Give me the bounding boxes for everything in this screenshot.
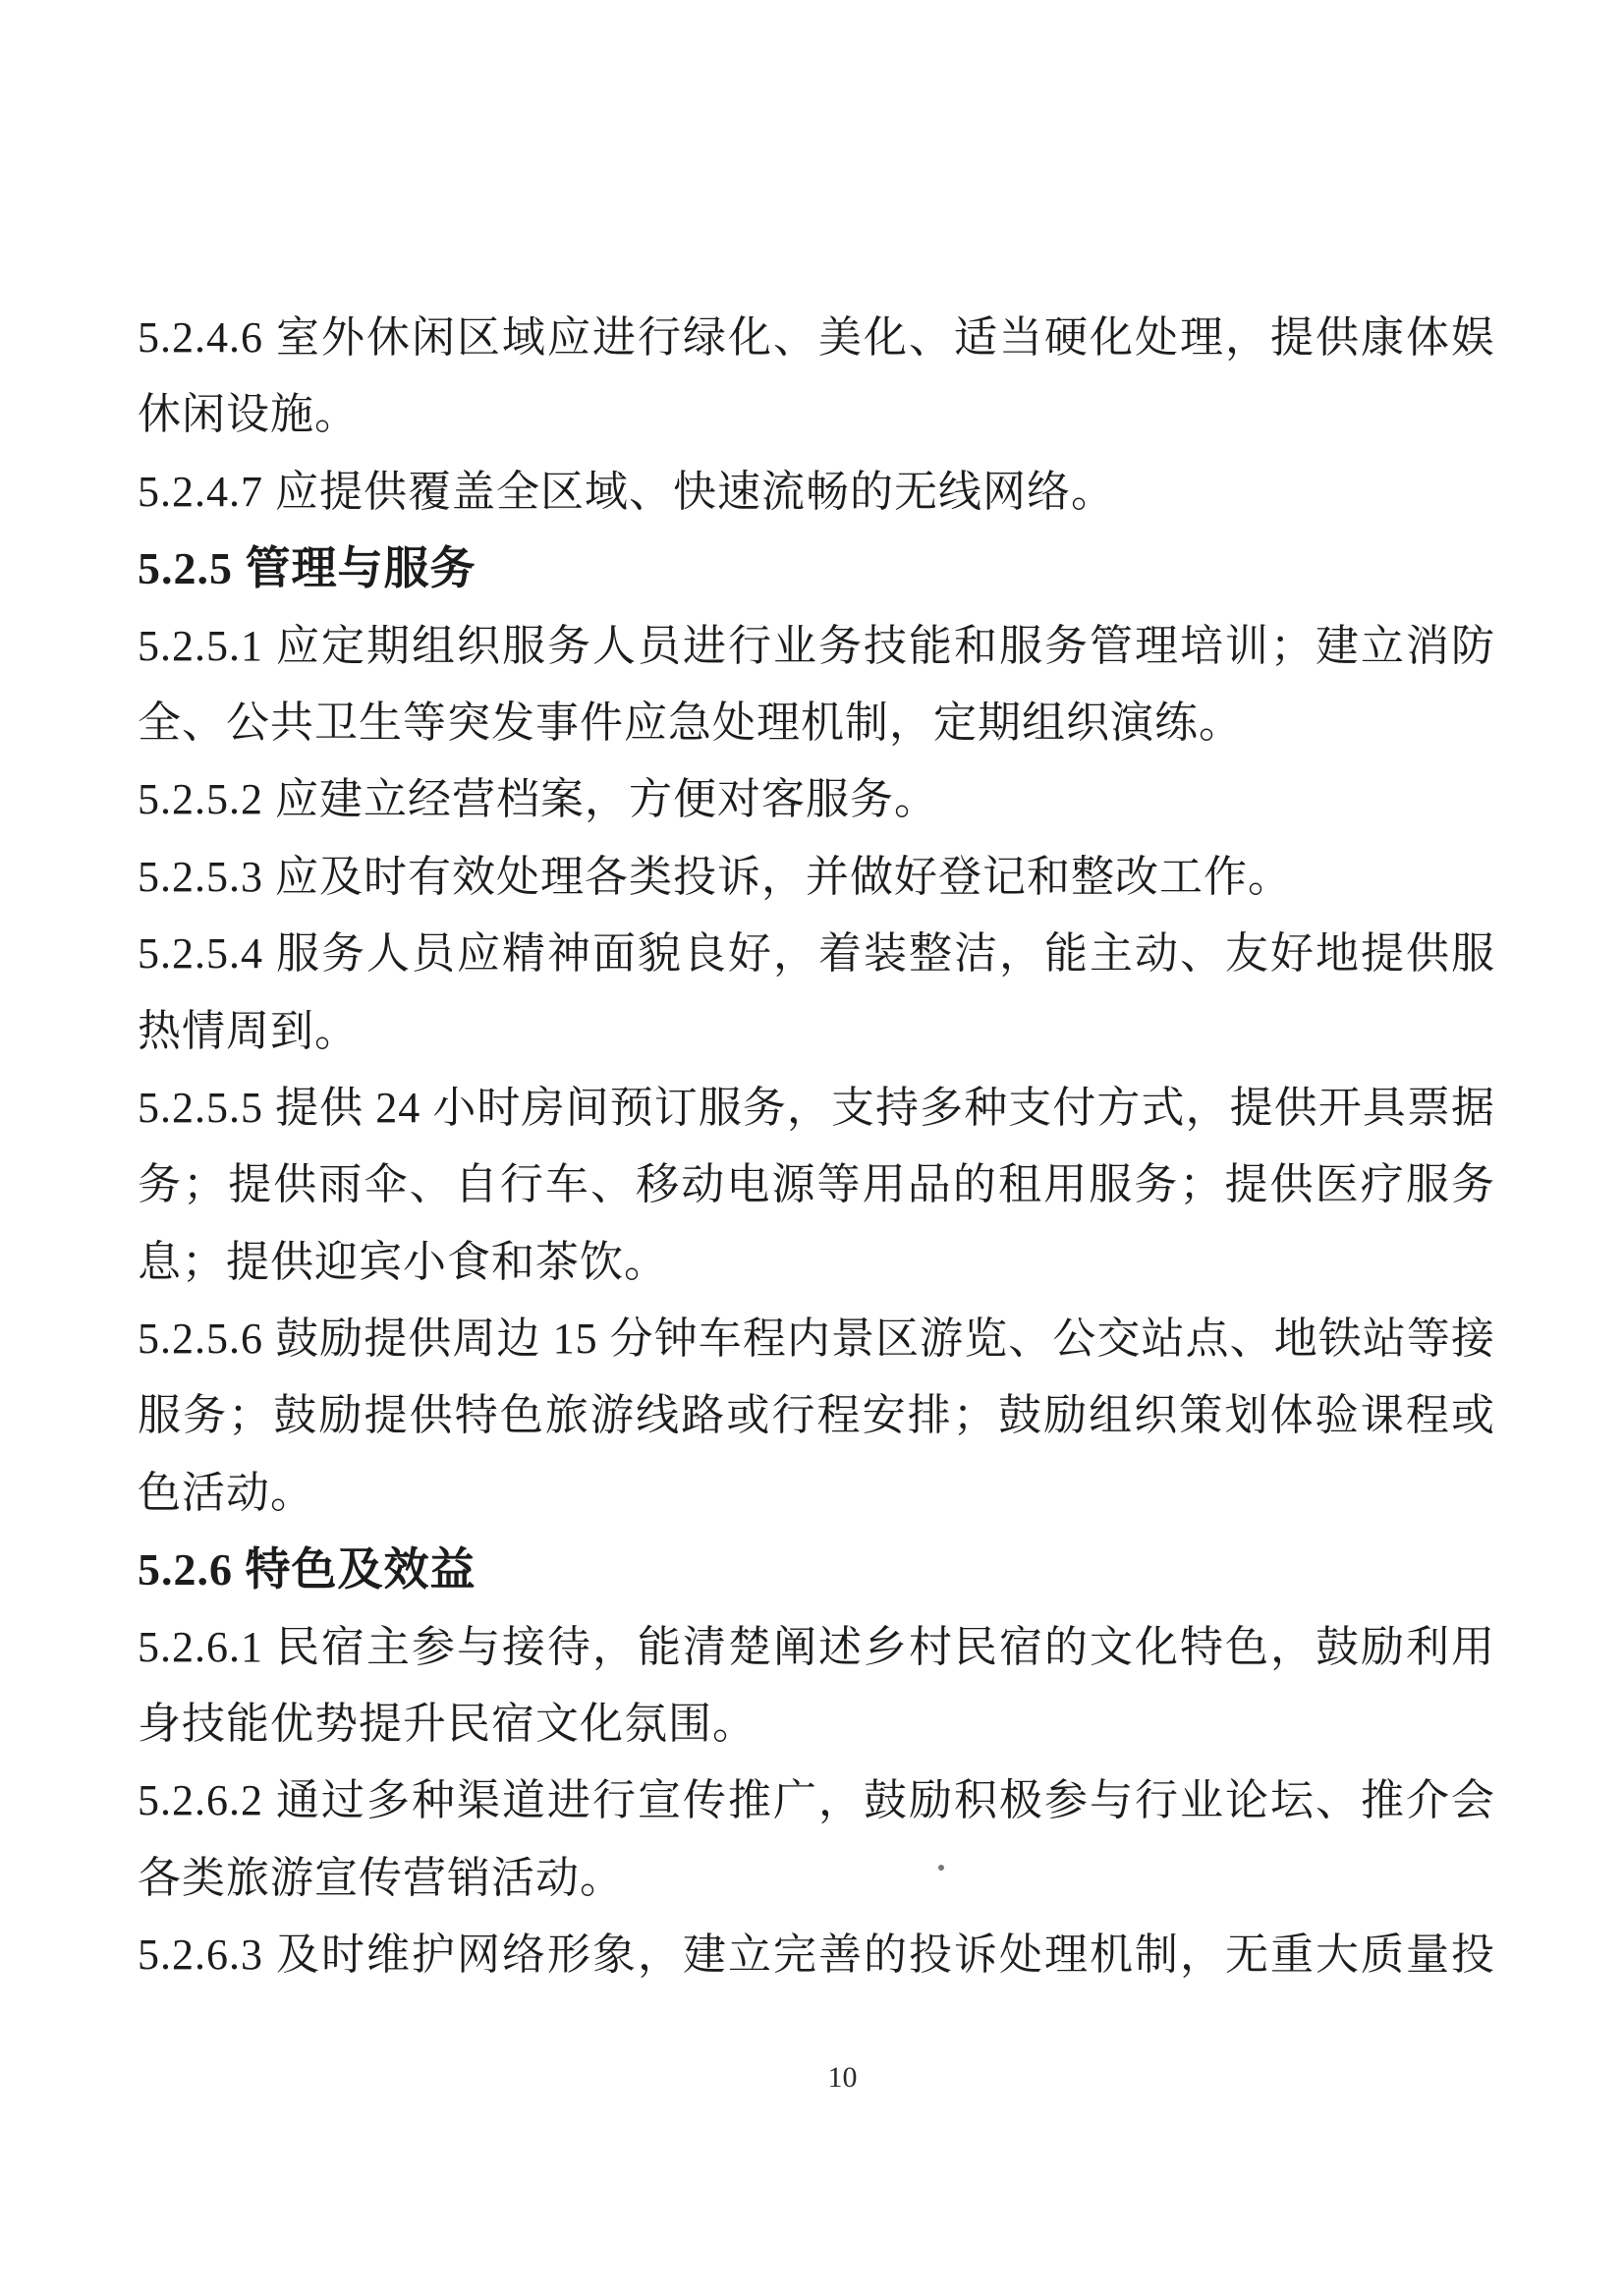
text-line-5261-cont: 身技能优势提升民宿文化氛围。 — [138, 1686, 1495, 1763]
text-line-5254: 5.2.5.4 服务人员应精神面貌良好，着装整洁，能主动、友好地提供服务， — [138, 916, 1495, 992]
scan-artifact-dot — [938, 1865, 944, 1871]
page-number: 10 — [30, 2061, 1624, 2095]
text-line-5256: 5.2.5.6 鼓励提供周边 15 分钟车程内景区游览、公交站点、地铁站等接送 — [138, 1301, 1495, 1377]
text-line-5261: 5.2.6.1 民宿主参与接待，能清楚阐述乡村民宿的文化特色，鼓励利用自 — [138, 1609, 1495, 1686]
text-line-5252: 5.2.5.2 应建立经营档案，方便对客服务。 — [138, 761, 1495, 838]
text-line-5255: 5.2.5.5 提供 24 小时房间预订服务，支持多种支付方式，提供开具票据服 — [138, 1070, 1495, 1147]
text-line-5256-cont2: 色活动。 — [138, 1455, 1495, 1532]
text-line-5263: 5.2.6.3 及时维护网络形象，建立完善的投诉处理机制，无重大质量投诉。 — [138, 1917, 1495, 1993]
text-line-5251: 5.2.5.1 应定期组织服务人员进行业务技能和服务管理培训；建立消防安 — [138, 608, 1495, 685]
section-heading-526: 5.2.6 特色及效益 — [138, 1532, 1495, 1608]
document-content: 5.2.4.6 室外休闲区域应进行绿化、美化、适当硬化处理，提供康体娱乐 休闲设… — [138, 300, 1495, 1994]
section-heading-525: 5.2.5 管理与服务 — [138, 531, 1495, 607]
text-line-5262-cont: 各类旅游宣传营销活动。 — [138, 1840, 1495, 1917]
document-page: 5.2.4.6 室外休闲区域应进行绿化、美化、适当硬化处理，提供康体娱乐 休闲设… — [0, 0, 1624, 2295]
text-line-5254-cont: 热情周到。 — [138, 993, 1495, 1070]
text-line-5256-cont1: 服务；鼓励提供特色旅游线路或行程安排；鼓励组织策划体验课程或特 — [138, 1377, 1495, 1454]
text-line-5255-cont2: 息；提供迎宾小食和茶饮。 — [138, 1224, 1495, 1301]
text-line-5255-cont1: 务；提供雨伞、自行车、移动电源等用品的租用服务；提供医疗服务信 — [138, 1147, 1495, 1223]
text-line-5251-cont: 全、公共卫生等突发事件应急处理机制，定期组织演练。 — [138, 685, 1495, 761]
text-line-5246-cont: 休闲设施。 — [138, 376, 1495, 453]
text-line-5246: 5.2.4.6 室外休闲区域应进行绿化、美化、适当硬化处理，提供康体娱乐 — [138, 300, 1495, 376]
text-line-5247: 5.2.4.7 应提供覆盖全区域、快速流畅的无线网络。 — [138, 454, 1495, 531]
text-line-5253: 5.2.5.3 应及时有效处理各类投诉，并做好登记和整改工作。 — [138, 839, 1495, 916]
text-line-5262: 5.2.6.2 通过多种渠道进行宣传推广，鼓励积极参与行业论坛、推介会等 — [138, 1763, 1495, 1839]
